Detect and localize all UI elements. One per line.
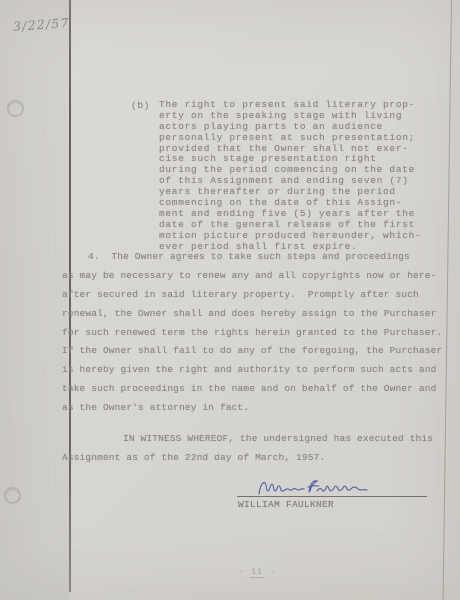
paragraph-4-line: is hereby given the right and authority …: [62, 361, 442, 380]
paragraph-4-line: as may be necessary to renew any and all…: [62, 267, 442, 286]
page-right-edge-line: [443, 0, 453, 600]
binder-hole-ring: [4, 487, 21, 504]
page-number-suffix: -: [264, 567, 276, 577]
paragraph-4-line: as the Owner's attorney in fact.: [62, 399, 442, 418]
page-number-prefix: -: [238, 567, 250, 577]
signature-script: [257, 478, 369, 498]
paragraph-4-line: 4. The Owner agrees to take such steps a…: [88, 248, 442, 267]
paragraph-4-line: for such renewed term the rights herein …: [62, 324, 442, 343]
signature-typed-name: WILLIAM FAULKNER: [238, 499, 334, 510]
binder-hole-ring: [7, 100, 24, 117]
paragraph-4-block: 4. The Owner agrees to take such steps a…: [62, 248, 442, 418]
clause-b-line: personally present at such presentation;: [159, 133, 421, 144]
paragraph-4-line: renewal, the Owner shall and does hereby…: [62, 305, 442, 324]
clause-b-line: motion picture produced hereunder, which…: [159, 231, 421, 242]
page-number: - 11 -: [238, 567, 275, 577]
clause-b-label: (b): [131, 100, 150, 111]
witness-clause-line: IN WITNESS WHEREOF, the undersigned has …: [123, 429, 433, 448]
witness-clause-block: IN WITNESS WHEREOF, the undersigned has …: [62, 429, 433, 467]
witness-clause-line: Assignment as of the 22nd day of March, …: [62, 448, 433, 467]
paragraph-4-line: after secured in said literary property.…: [62, 286, 442, 305]
paragraph-4-line: If the Owner shall fail to do any of the…: [62, 342, 442, 361]
clause-b-block: The right to present said literary prop-…: [159, 100, 421, 252]
page-number-value: 11: [250, 567, 264, 578]
scanned-document-page: 3/22/57 (b) The right to present said li…: [0, 0, 460, 600]
paragraph-4-line: take such proceedings in the name and on…: [62, 380, 442, 399]
scan-margin-strip: [0, 0, 69, 600]
